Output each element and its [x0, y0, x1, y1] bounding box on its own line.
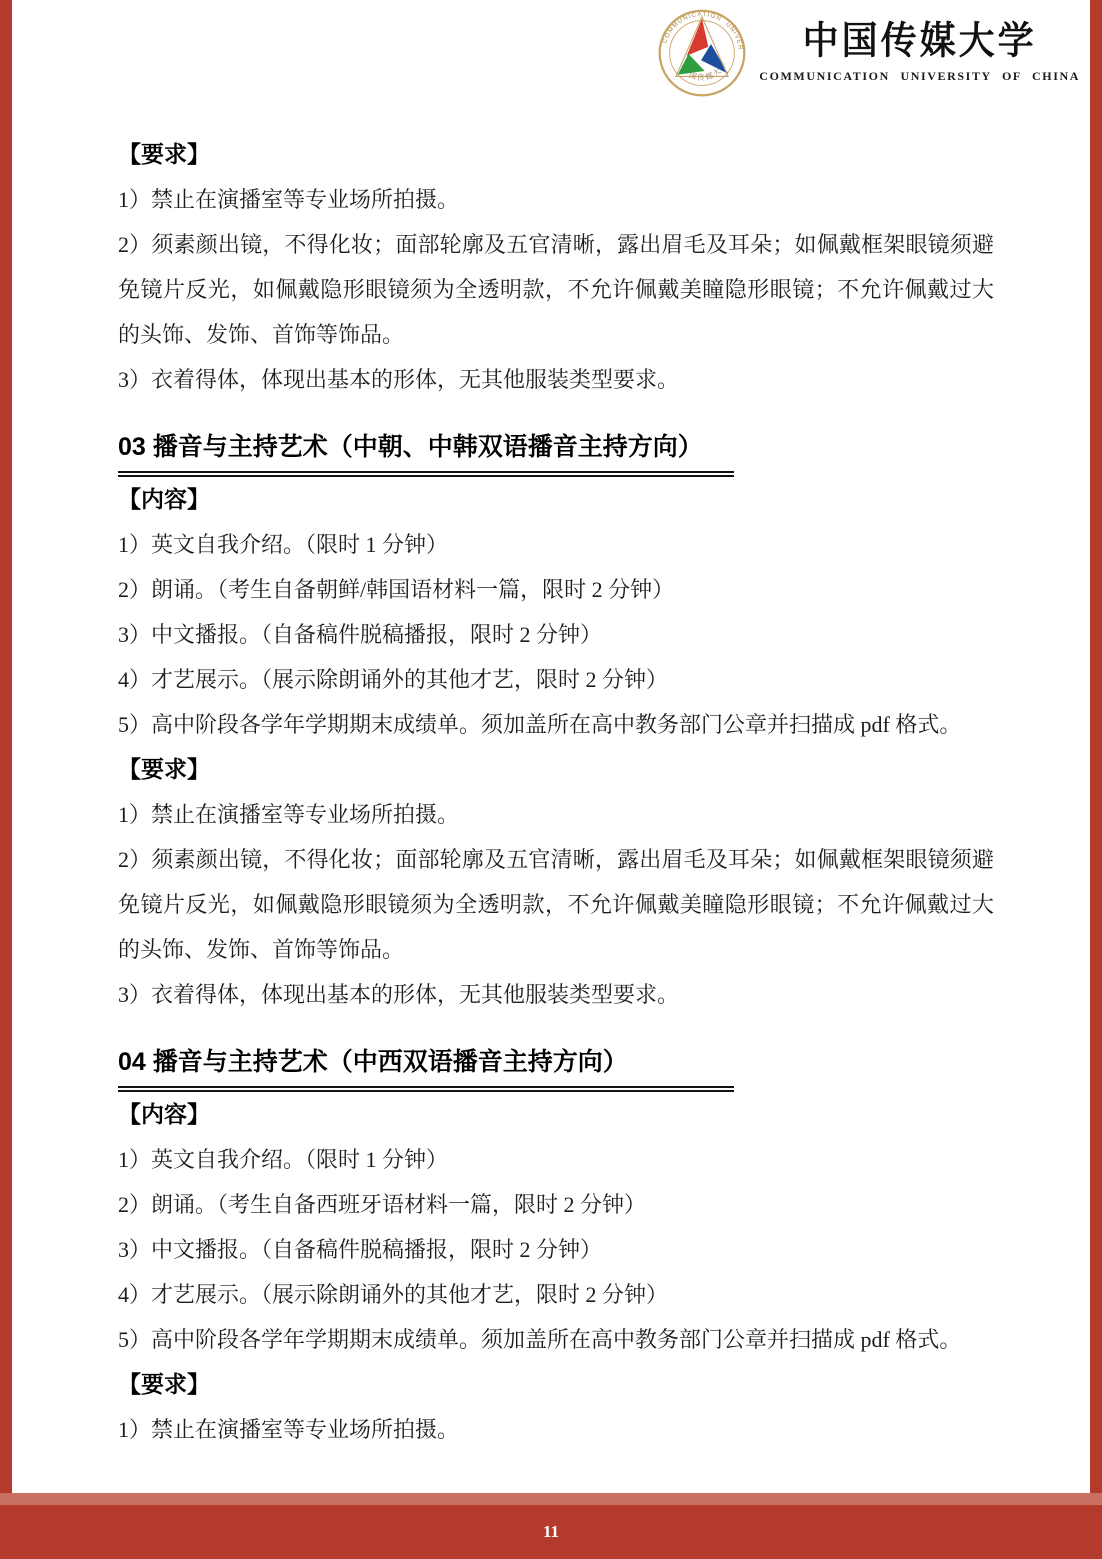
footer-light-strip — [0, 1493, 1102, 1505]
requirement-item: 3）衣着得体，体现出基本的形体，无其他服装类型要求。 — [118, 972, 994, 1017]
left-red-edge-bar — [0, 0, 12, 1559]
content-label: 【内容】 — [118, 477, 994, 522]
section-heading-03: 03 播音与主持艺术（中朝、中韩双语播音主持方向） — [118, 430, 734, 477]
logo-english-name: COMMUNICATION UNIVERSITY OF CHINA — [759, 69, 1080, 84]
requirement-item: 2）须素颜出镜，不得化妆；面部轮廓及五官清晰，露出眉毛及耳朵；如佩戴框架眼镜须避… — [118, 222, 994, 357]
content-item: 3）中文播报。（自备稿件脱稿播报，限时 2 分钟） — [118, 612, 994, 657]
content-item: 5）高中阶段各学年学期期末成绩单。须加盖所在高中教务部门公章并扫描成 pdf 格… — [118, 1317, 994, 1362]
section-heading-04: 04 播音与主持艺术（中西双语播音主持方向） — [118, 1045, 734, 1092]
content-item: 4）才艺展示。（展示除朗诵外的其他才艺，限时 2 分钟） — [118, 657, 994, 702]
logo-chinese-name: 中国传媒大学 — [759, 21, 1080, 63]
content-item: 2）朗诵。（考生自备朝鲜/韩国语材料一篇，限时 2 分钟） — [118, 567, 994, 612]
content-item: 1）英文自我介绍。（限时 1 分钟） — [118, 522, 994, 567]
page-footer: 11 — [0, 1493, 1102, 1559]
requirements-label: 【要求】 — [118, 747, 994, 792]
content-item: 4）才艺展示。（展示除朗诵外的其他才艺，限时 2 分钟） — [118, 1272, 994, 1317]
requirements-label: 【要求】 — [118, 1362, 994, 1407]
content-item: 1）英文自我介绍。（限时 1 分钟） — [118, 1137, 994, 1182]
requirement-item: 1）禁止在演播室等专业场所拍摄。 — [118, 792, 994, 837]
content-item: 3）中文播报。（自备稿件脱稿播报，限时 2 分钟） — [118, 1227, 994, 1272]
requirement-item: 2）须素颜出镜，不得化妆；面部轮廓及五官清晰，露出眉毛及耳朵；如佩戴框架眼镜须避… — [118, 837, 994, 972]
university-logo: COMMUNICATION UNIVERSITY OF CHINA 中国传媒大学… — [657, 8, 1080, 98]
page-number: 11 — [543, 1522, 559, 1542]
document-body: 【要求】 1）禁止在演播室等专业场所拍摄。 2）须素颜出镜，不得化妆；面部轮廓及… — [118, 132, 994, 1452]
footer-red-bar: 11 — [0, 1505, 1102, 1559]
document-page: COMMUNICATION UNIVERSITY OF CHINA 中国传媒大学… — [0, 0, 1102, 1559]
requirement-item: 1）禁止在演播室等专业场所拍摄。 — [118, 1407, 994, 1452]
requirements-label: 【要求】 — [118, 132, 994, 177]
cuc-seal-icon: COMMUNICATION UNIVERSITY OF CHINA 中国传媒大学 — [657, 8, 747, 98]
requirement-item: 3）衣着得体，体现出基本的形体，无其他服装类型要求。 — [118, 357, 994, 402]
content-item: 2）朗诵。（考生自备西班牙语材料一篇，限时 2 分钟） — [118, 1182, 994, 1227]
logo-wordmark: 中国传媒大学 COMMUNICATION UNIVERSITY OF CHINA — [759, 22, 1080, 84]
content-item: 5）高中阶段各学年学期期末成绩单。须加盖所在高中教务部门公章并扫描成 pdf 格… — [118, 702, 994, 747]
content-label: 【内容】 — [118, 1092, 994, 1137]
right-red-edge-bar — [1090, 0, 1102, 1559]
requirement-item: 1）禁止在演播室等专业场所拍摄。 — [118, 177, 994, 222]
